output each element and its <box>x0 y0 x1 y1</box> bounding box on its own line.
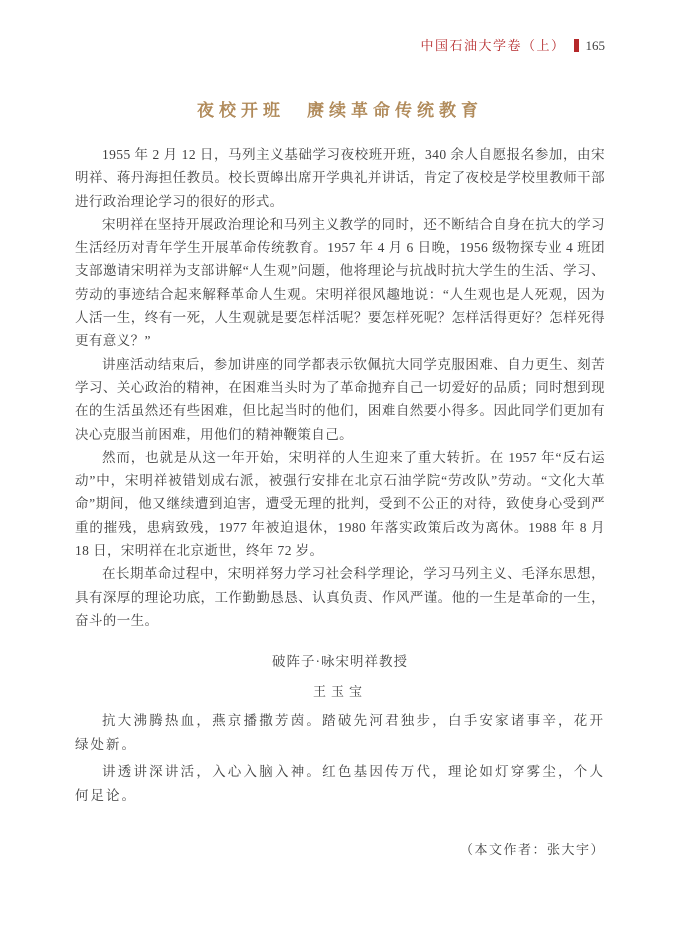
page-number: 165 <box>586 38 606 53</box>
page-header: 中国石油大学卷（上）165 <box>75 38 605 54</box>
article-paragraph: 在长期革命过程中，宋明祥努力学习社会科学理论，学习马列主义、毛泽东思想，具有深厚… <box>75 562 605 632</box>
article-title: 夜校开班 赓续革命传统教育 <box>75 96 605 121</box>
poem-stanza: 讲透讲深讲活，入心入脑入神。红色基因传万代，理论如灯穿雾尘，个人何足论。 <box>75 760 605 807</box>
document-page: 中国石油大学卷（上）165 夜校开班 赓续革命传统教育 1955 年 2 月 1… <box>0 0 680 945</box>
poem-author: 王玉宝 <box>75 681 605 700</box>
article-paragraph: 宋明祥在坚持开展政治理论和马列主义教学的同时，还不断结合自身在抗大的学习生活经历… <box>75 213 605 353</box>
article-body: 1955 年 2 月 12 日，马列主义基础学习夜校班开班，340 余人自愿报名… <box>75 143 605 632</box>
poem-title: 破阵子·咏宋明祥教授 <box>75 650 605 670</box>
header-divider-bar <box>574 39 579 52</box>
article-paragraph: 讲座活动结束后，参加讲座的同学都表示钦佩抗大同学克服困难、自力更生、刻苦学习、关… <box>75 353 605 446</box>
article-paragraph: 1955 年 2 月 12 日，马列主义基础学习夜校班开班，340 余人自愿报名… <box>75 143 605 213</box>
poem-section: 破阵子·咏宋明祥教授 王玉宝 抗大沸腾热血，燕京播撒芳茵。踏破先河君独步，白手安… <box>75 650 605 807</box>
author-byline: （本文作者：张大宇） <box>75 839 605 858</box>
poem-stanza: 抗大沸腾热血，燕京播撒芳茵。踏破先河君独步，白手安家诸事辛，花开绿处新。 <box>75 709 605 756</box>
volume-title: 中国石油大学卷（上） <box>420 38 565 53</box>
article-paragraph: 然而，也就是从这一年开始，宋明祥的人生迎来了重大转折。在 1957 年“反右运动… <box>75 446 605 562</box>
